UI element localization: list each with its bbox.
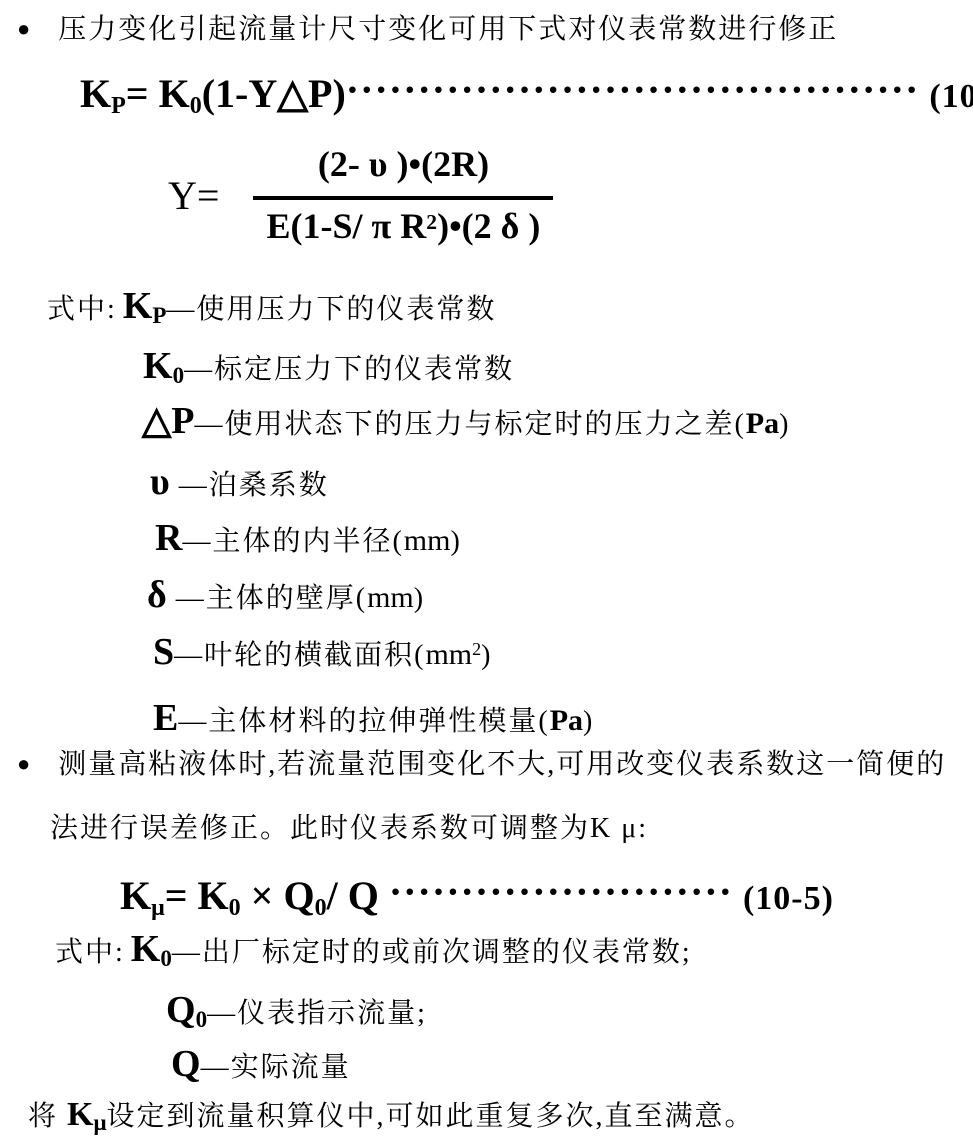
bullet2-line1-text: 测量高粘液体时,若流量范围变化不大,可用改变仪表系数这一简便的 [58, 749, 946, 780]
eq103-k1: K [80, 71, 111, 116]
term2-q0: Q0 [166, 989, 207, 1031]
def2-q-text: —实际流量 [201, 1052, 351, 1083]
def-e: E—主体材料的拉伸弹性模量(Pa) [153, 699, 594, 737]
def-deltap: △P—使用状态下的压力与标定时的压力之差(Pa) [142, 402, 790, 440]
def-upsilon: υ —泊桑系数 [150, 463, 329, 501]
def-r-close: ) [450, 526, 461, 557]
term-s: S [153, 631, 174, 673]
def-deltap-unit: Pa [746, 407, 779, 440]
eq105-k2-sub: 0 [229, 895, 241, 921]
bullet-item-viscosity-correction: ●测量高粘液体时,若流量范围变化不大,可用改变仪表系数这一简便的 [17, 751, 946, 779]
def2-k0-text: —出厂标定时的或前次调整的仪表常数; [172, 937, 692, 968]
term-r: R [155, 517, 182, 559]
bullet1-text: 压力变化引起流量计尺寸变化可用下式对仪表常数进行修正 [58, 14, 838, 45]
def-s: S—叶轮的横截面积(mm2) [153, 633, 492, 671]
term-kp: KP [123, 285, 167, 327]
term-e: E [153, 697, 178, 739]
def-delta: δ —主体的壁厚(mm) [147, 576, 425, 614]
eq103-k2-sub: 0 [190, 93, 202, 119]
eq105-k2: K [198, 873, 229, 918]
term-k0: K0 [143, 345, 184, 387]
def2-q0-text: —仪表指示流量; [207, 998, 427, 1029]
eq105-k1: K [120, 873, 151, 918]
def-r-unit: mm [404, 524, 451, 557]
eq103-number: (10-3) [929, 78, 973, 115]
def-s-close: ) [481, 640, 492, 671]
bullet2-line2-text: 法进行误差修正。此时仪表系数可调整为K μ: [50, 813, 648, 844]
closing-sentence: 将 Kμ设定到流量积算仪中,可如此重复多次,直至满意。 [28, 1098, 755, 1132]
def-deltap-text: —使用状态下的压力与标定时的压力之差( [194, 409, 745, 440]
eq105-number: (10-5) [743, 880, 834, 917]
eq103-dot-leader: ········································ [346, 67, 920, 112]
defs1-label: 式中: [47, 294, 117, 325]
def-s-unit-superscript: 2 [472, 639, 481, 659]
fraction-den-text: E(1-S/ π R [267, 206, 427, 246]
eq105-equals: = [165, 873, 198, 918]
fraction-den-superscript: 2 [426, 210, 437, 234]
term2-q: Q [171, 1043, 201, 1085]
eq105-q2: Q [348, 873, 379, 918]
def-k0: K0—标定压力下的仪表常数 [143, 347, 514, 385]
bullet-icon: ● [17, 16, 30, 41]
bullet-item-pressure-correction: ●压力变化引起流量计尺寸变化可用下式对仪表常数进行修正 [17, 16, 838, 44]
def-deltap-close: ) [779, 409, 790, 440]
eq103-equals: = [126, 71, 159, 116]
def-e-unit: Pa [550, 704, 583, 737]
def2-q: Q—实际流量 [171, 1045, 351, 1083]
fraction-denominator: E(1-S/ π R2)•(2 δ ) [267, 208, 541, 244]
eq103-k2: K [159, 71, 190, 116]
fraction-bar [253, 196, 553, 200]
term-delta: δ [147, 574, 167, 616]
eq105-dot-leader: ························ [389, 869, 733, 914]
closing-pre: 将 [28, 1101, 67, 1132]
def-delta-close: ) [414, 583, 425, 614]
fraction: (2- υ )•(2R) E(1-S/ π R2)•(2 δ ) [253, 146, 553, 244]
eq105-slash: / [327, 873, 348, 918]
closing-k-term: Kμ [67, 1096, 107, 1133]
y-fraction-equation: Y= (2- υ )•(2R) E(1-S/ π R2)•(2 δ ) [168, 146, 553, 244]
bullet2-line2: 法进行误差修正。此时仪表系数可调整为K μ: [50, 815, 648, 843]
def-delta-text: —主体的壁厚( [167, 583, 367, 614]
closing-post: 设定到流量积算仪中,可如此重复多次,直至满意。 [107, 1101, 755, 1132]
def-delta-unit: mm [367, 581, 414, 614]
eq103-expression: (1-Y△P) [202, 71, 346, 116]
term2-k0: K0 [131, 928, 172, 970]
term-upsilon: υ [150, 461, 170, 503]
def-upsilon-text: —泊桑系数 [170, 470, 329, 501]
def-r: R—主体的内半径(mm) [155, 519, 462, 557]
eq105-q1: Q [283, 873, 314, 918]
document-page: ●压力变化引起流量计尺寸变化可用下式对仪表常数进行修正 KP= K0(1-Y△P… [0, 0, 973, 1142]
eq105-times: × [241, 873, 284, 918]
fraction-numerator: (2- υ )•(2R) [318, 146, 489, 182]
def-r-text: —主体的内半径( [182, 526, 403, 557]
term-deltap: △P [142, 400, 194, 442]
eq103-k1-sub: P [111, 93, 126, 119]
def2-k0: 式中:K0—出厂标定时的或前次调整的仪表常数; [55, 930, 692, 968]
def-e-text: —主体材料的拉伸弹性模量( [178, 706, 549, 737]
def-s-unit: mm2 [425, 638, 481, 671]
def2-q0: Q0—仪表指示流量; [166, 991, 427, 1029]
def-k0-text: —标定压力下的仪表常数 [184, 354, 514, 385]
fraction-lhs: Y= [168, 172, 219, 219]
def-kp-text: —使用压力下的仪表常数 [166, 294, 496, 325]
def-e-close: ) [583, 706, 594, 737]
eq105-q1-sub: 0 [315, 895, 327, 921]
equation-10-3: KP= K0(1-Y△P)···························… [80, 70, 973, 114]
defs2-label: 式中: [55, 937, 125, 968]
def-s-text: —叶轮的横截面积( [174, 640, 425, 671]
fraction-den-text2: )•(2 δ ) [437, 206, 540, 246]
bullet-icon-2: ● [17, 751, 30, 776]
eq105-k1-sub: μ [151, 895, 165, 921]
def-kp: 式中:KP—使用压力下的仪表常数 [47, 287, 496, 325]
equation-10-5: Kμ= K0 × Q0/ Q ························ … [120, 872, 834, 916]
